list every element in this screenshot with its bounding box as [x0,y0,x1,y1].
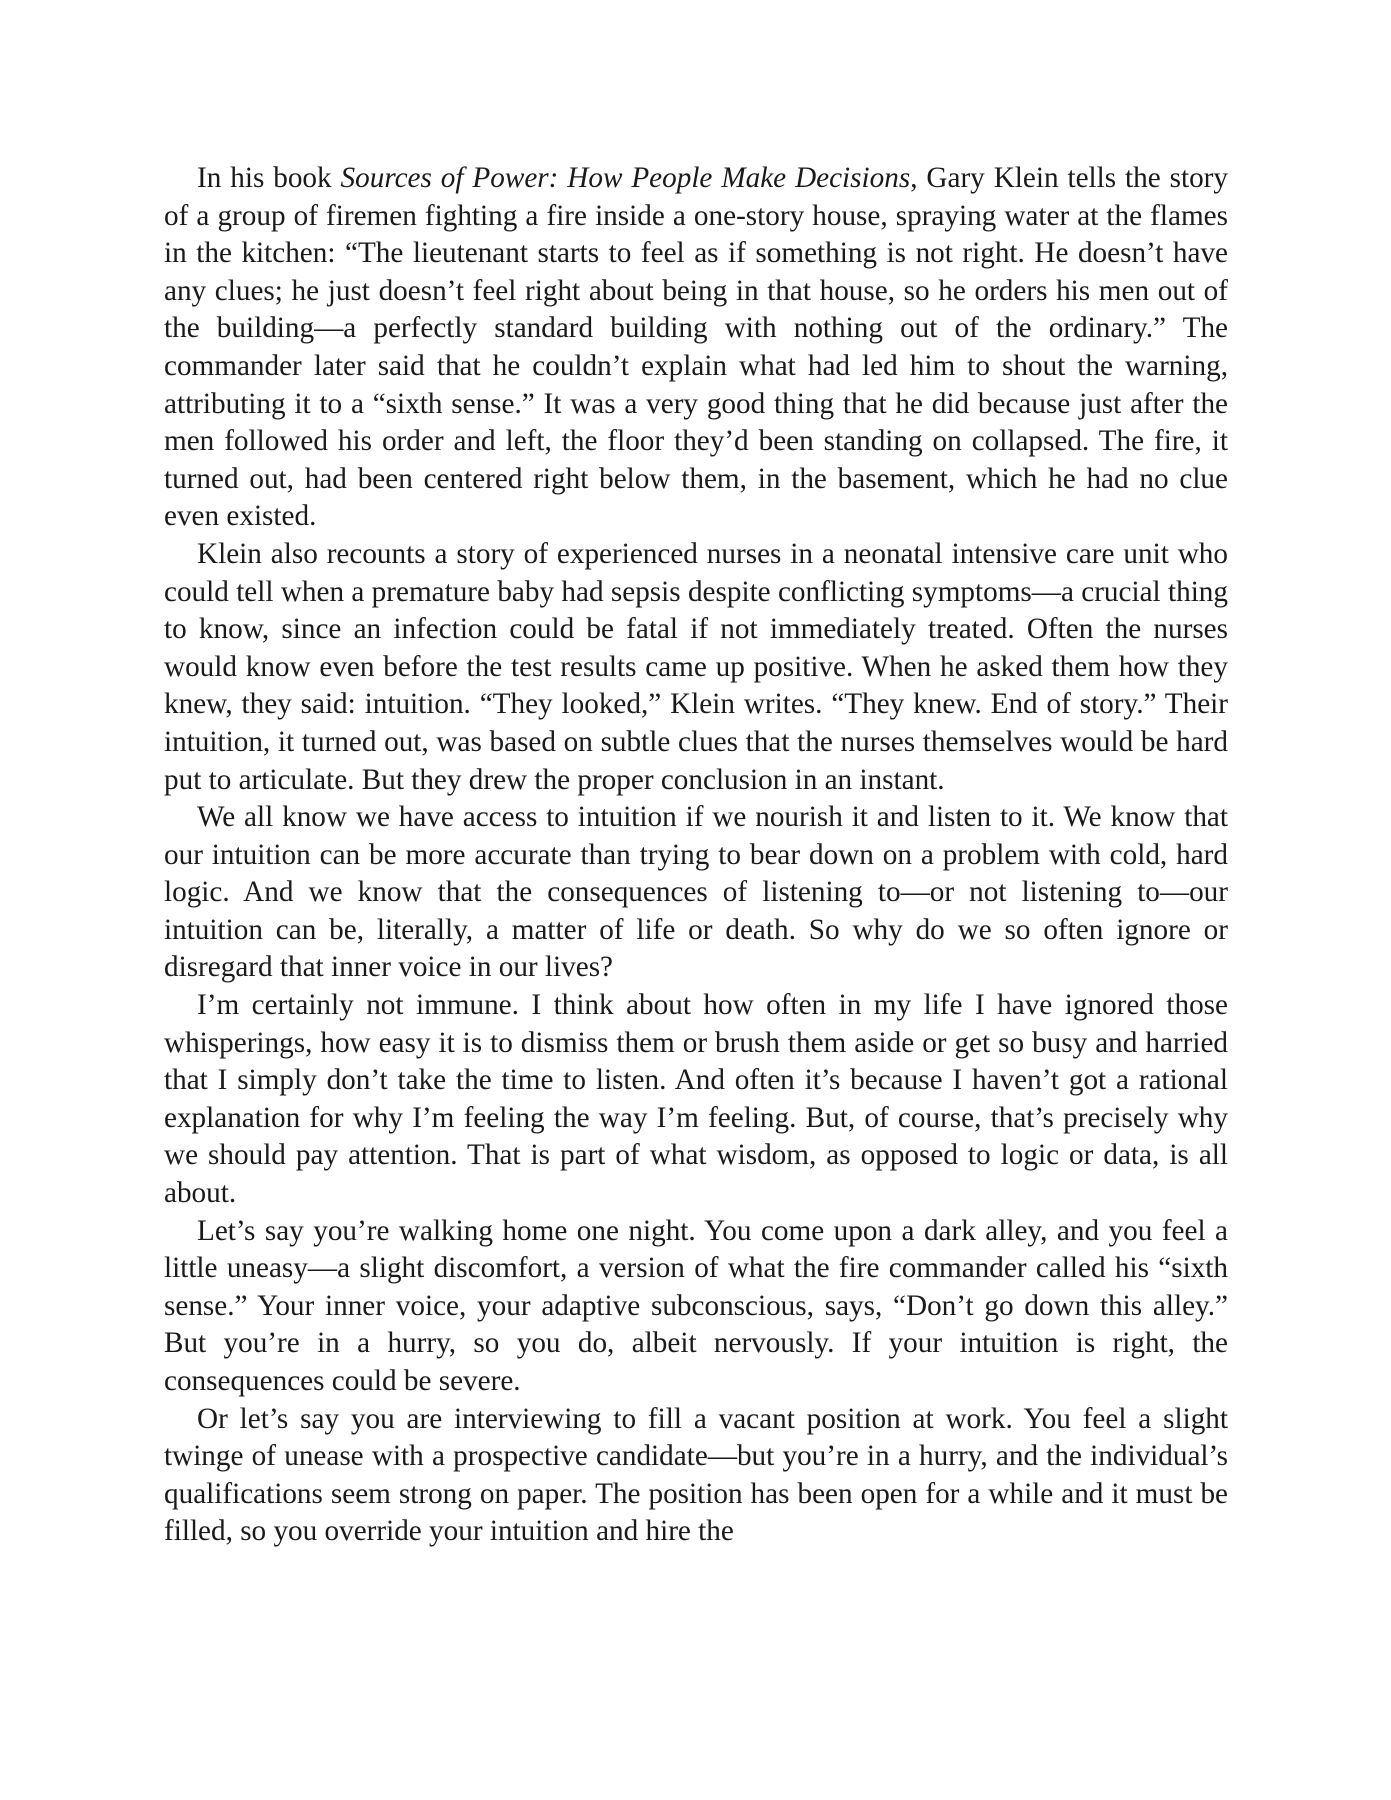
document-page: In his book Sources of Power: How People… [164,160,1228,1551]
book-title: Sources of Power: How People Make Decisi… [341,162,911,194]
paragraph-1-body: , Gary Klein tells the story of a group … [164,162,1228,532]
paragraph-3: We all know we have access to intuition … [164,799,1228,987]
paragraph-1: In his book Sources of Power: How People… [164,160,1228,536]
paragraph-2: Klein also recounts a story of experienc… [164,536,1228,799]
paragraph-1-lead: In his book [197,162,341,194]
paragraph-4: I’m certainly not immune. I think about … [164,987,1228,1213]
paragraph-5: Let’s say you’re walking home one night.… [164,1213,1228,1401]
paragraph-6: Or let’s say you are interviewing to fil… [164,1401,1228,1551]
